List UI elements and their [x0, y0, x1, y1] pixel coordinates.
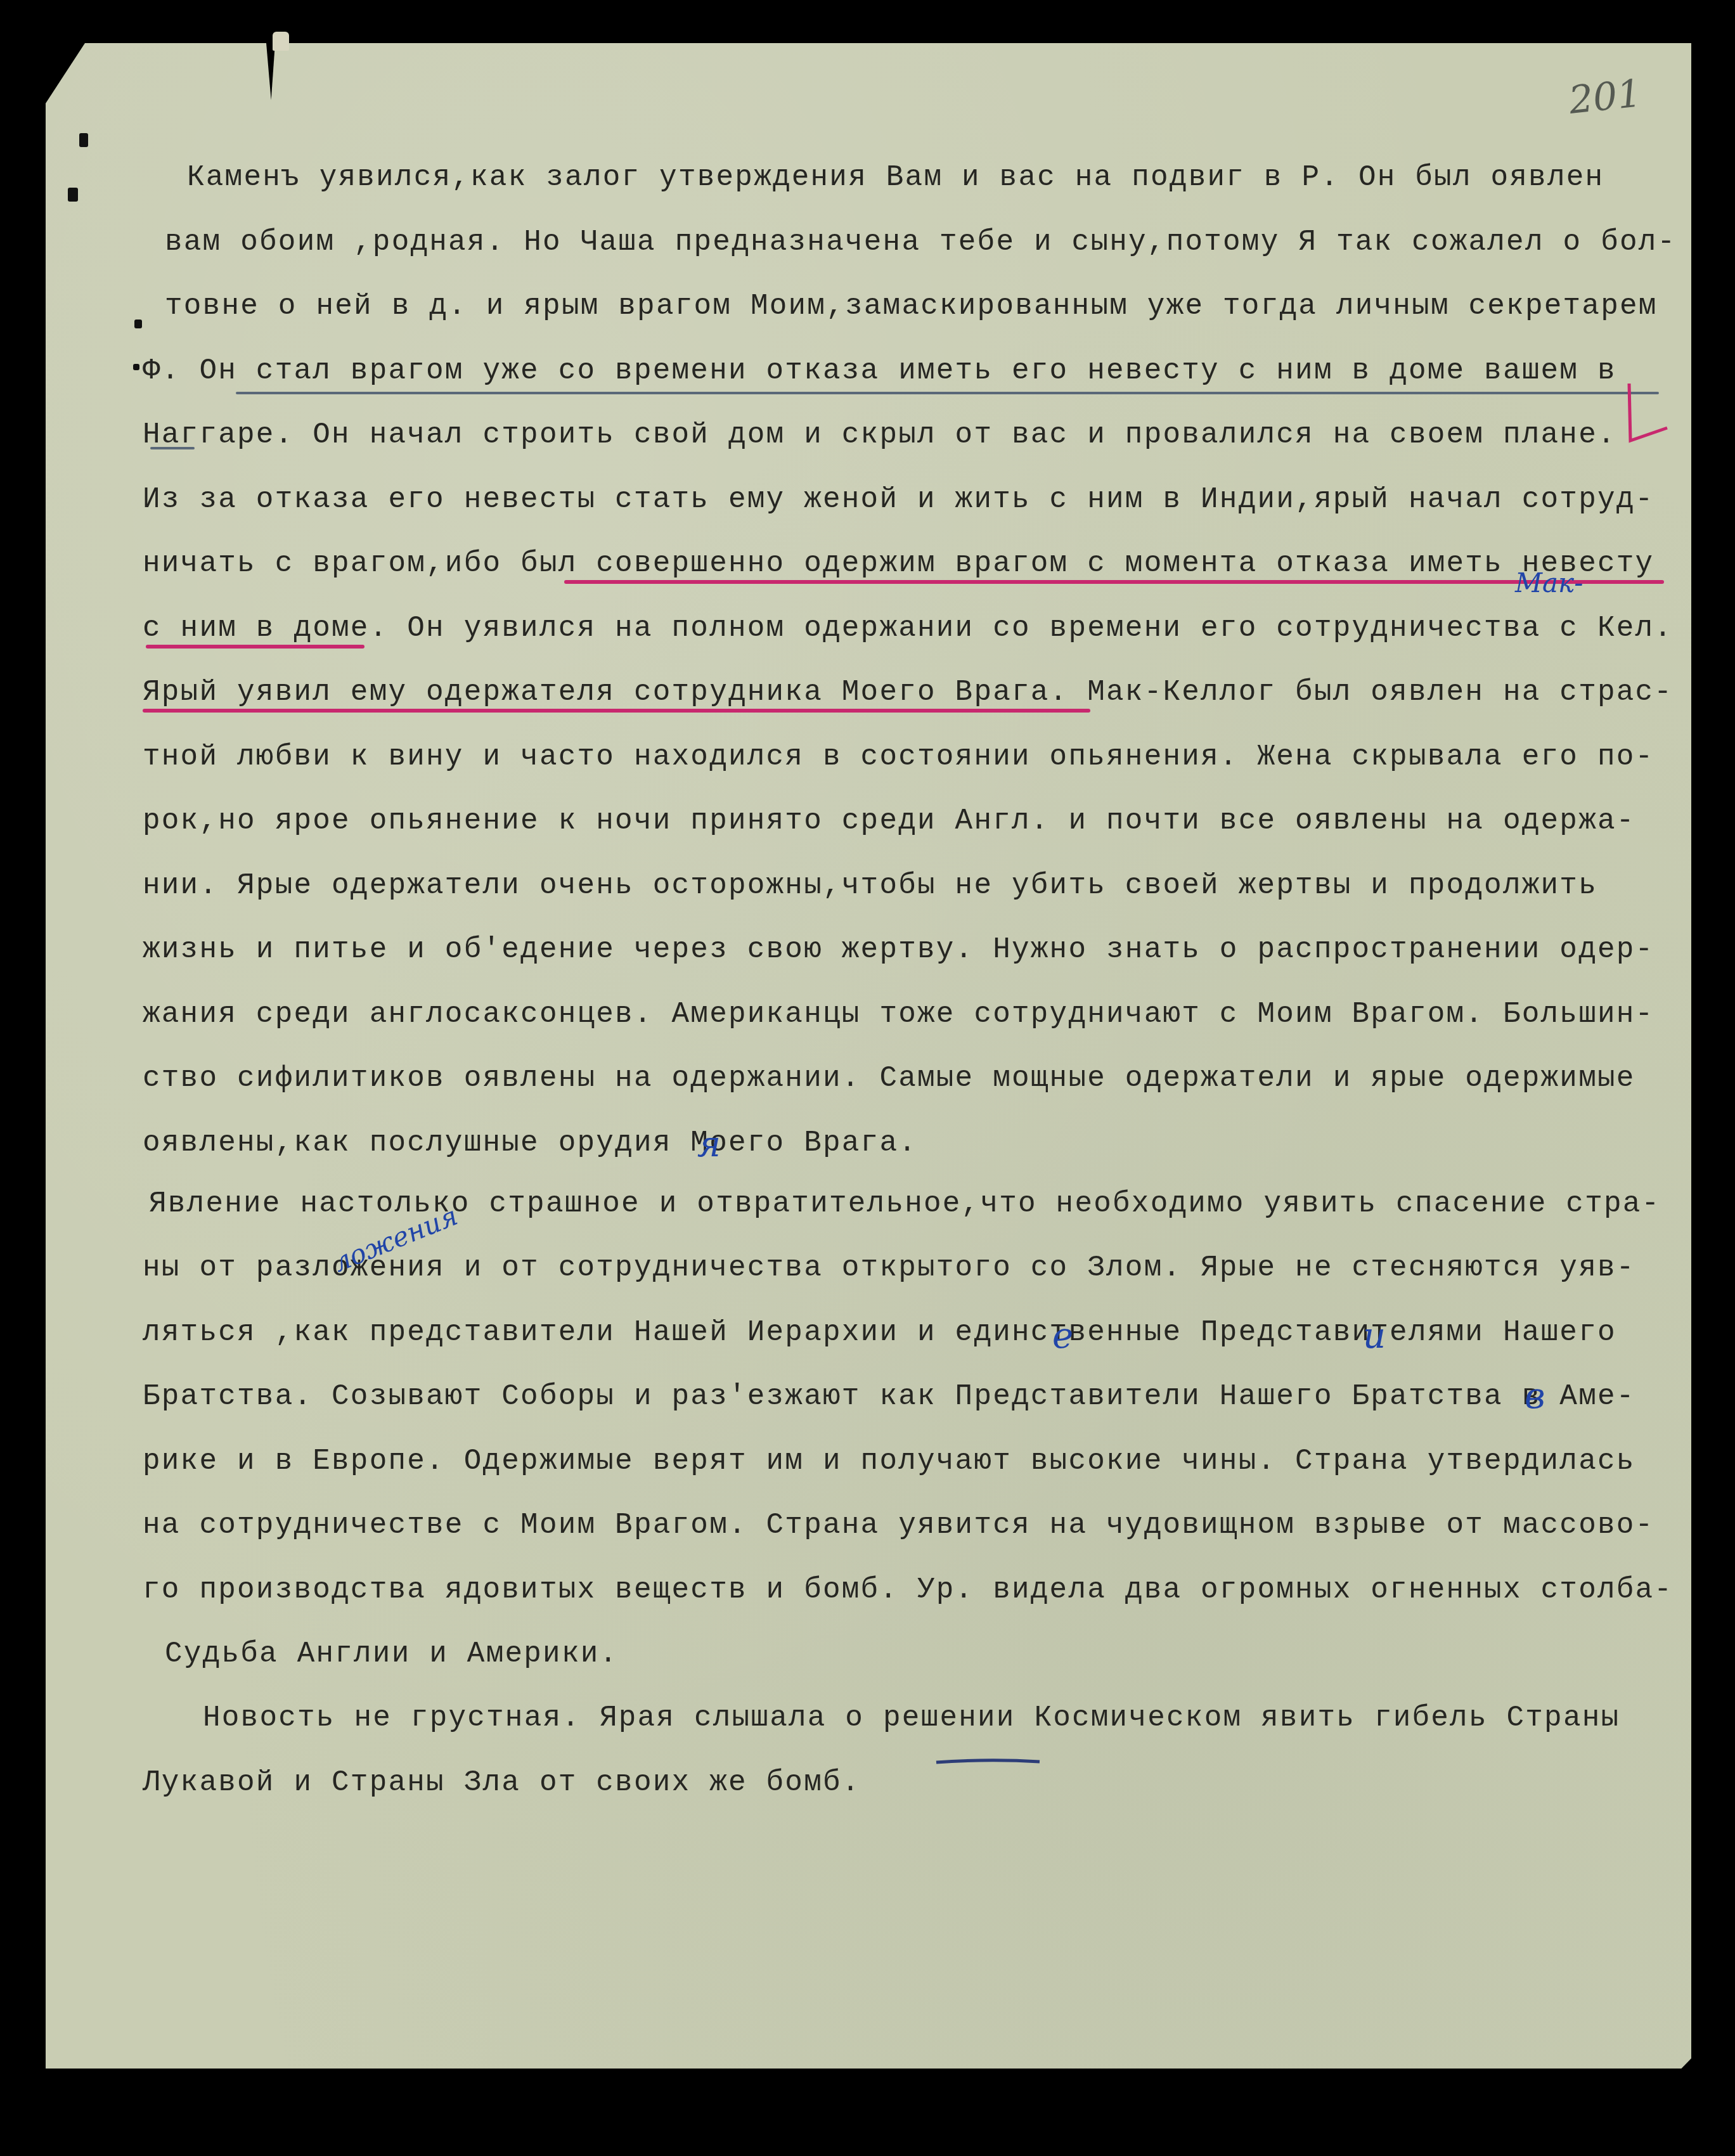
folio-number: 201 [1567, 71, 1644, 123]
punch-hole [134, 320, 142, 328]
handwritten-correction: е [1052, 1315, 1073, 1357]
typed-line: тной любви к вину и часто находился в со… [143, 738, 1654, 776]
handwritten-insertion: Мак- [1515, 567, 1583, 598]
typed-line: вам обоим ,родная. Но Чаша предназначена… [165, 223, 1676, 261]
typed-line: го производства ядовитых веществ и бомб.… [143, 1571, 1673, 1609]
typed-line: ничать с врагом,ибо был совершенно одерж… [143, 545, 1654, 583]
typed-line: жизнь и питье и об'едение через свою жер… [143, 931, 1654, 969]
margin-bracket-icon [1623, 380, 1674, 450]
typed-line: Явление настолько страшное и отвратитель… [149, 1185, 1660, 1223]
typed-line: оявлены,как послушные орудия Моего Врага… [143, 1124, 917, 1162]
typed-line: Братства. Созывают Соборы и раз'езжают к… [143, 1378, 1635, 1416]
handwritten-correction: и [1363, 1315, 1386, 1357]
handwritten-correction: в [1525, 1376, 1545, 1417]
typed-line: Наггаре. Он начал строить свой дом и скр… [143, 416, 1616, 454]
typed-line: рок,но ярое опьянение к ночи принято сре… [143, 802, 1635, 840]
typed-line: ство сифилитиков оявлены на одержании. С… [143, 1059, 1635, 1097]
end-dash [935, 1756, 1043, 1769]
typed-line: нии. Ярые одержатели очень осторожны,что… [143, 867, 1597, 905]
typed-line: товне о ней в д. и ярым врагом Моим,зама… [165, 287, 1658, 325]
paper-tab [273, 32, 289, 51]
typed-line: жания среди англосаксонцев. Американцы т… [143, 995, 1654, 1033]
typed-line: Новость не грустная. Ярая слышала о реше… [203, 1699, 1620, 1737]
typed-line: Каменъ уявился,как залог утверждения Вам… [187, 158, 1604, 197]
typed-line: Лукавой и Страны Зла от своих же бомб. [143, 1764, 861, 1802]
typed-line: с ним в доме. Он уявился на полном одерж… [143, 609, 1673, 647]
typed-line: Ярый уявил ему одержателя сотрудника Мое… [143, 673, 1673, 711]
blue-underline [150, 447, 195, 449]
punch-hole [133, 364, 139, 370]
red-underline [564, 580, 1664, 584]
typed-line: Судьба Англии и Америки. [165, 1635, 618, 1673]
typed-line: ляться ,как представители Нашей Иерархии… [143, 1314, 1616, 1352]
typed-line: Ф. Он стал врагом уже со времени отказа … [143, 352, 1616, 390]
blue-underline [236, 392, 1659, 394]
typed-line: Из за отказа его невесты стать ему женой… [143, 481, 1654, 519]
red-underline [143, 709, 1090, 713]
punch-hole [79, 133, 88, 147]
punch-hole [68, 188, 78, 202]
handwritten-correction: я [697, 1124, 721, 1165]
typed-line: рике и в Европе. Одержимые верят им и по… [143, 1442, 1635, 1480]
red-underline [146, 645, 364, 649]
typed-line: на сотрудничестве с Моим Врагом. Страна … [143, 1506, 1654, 1544]
